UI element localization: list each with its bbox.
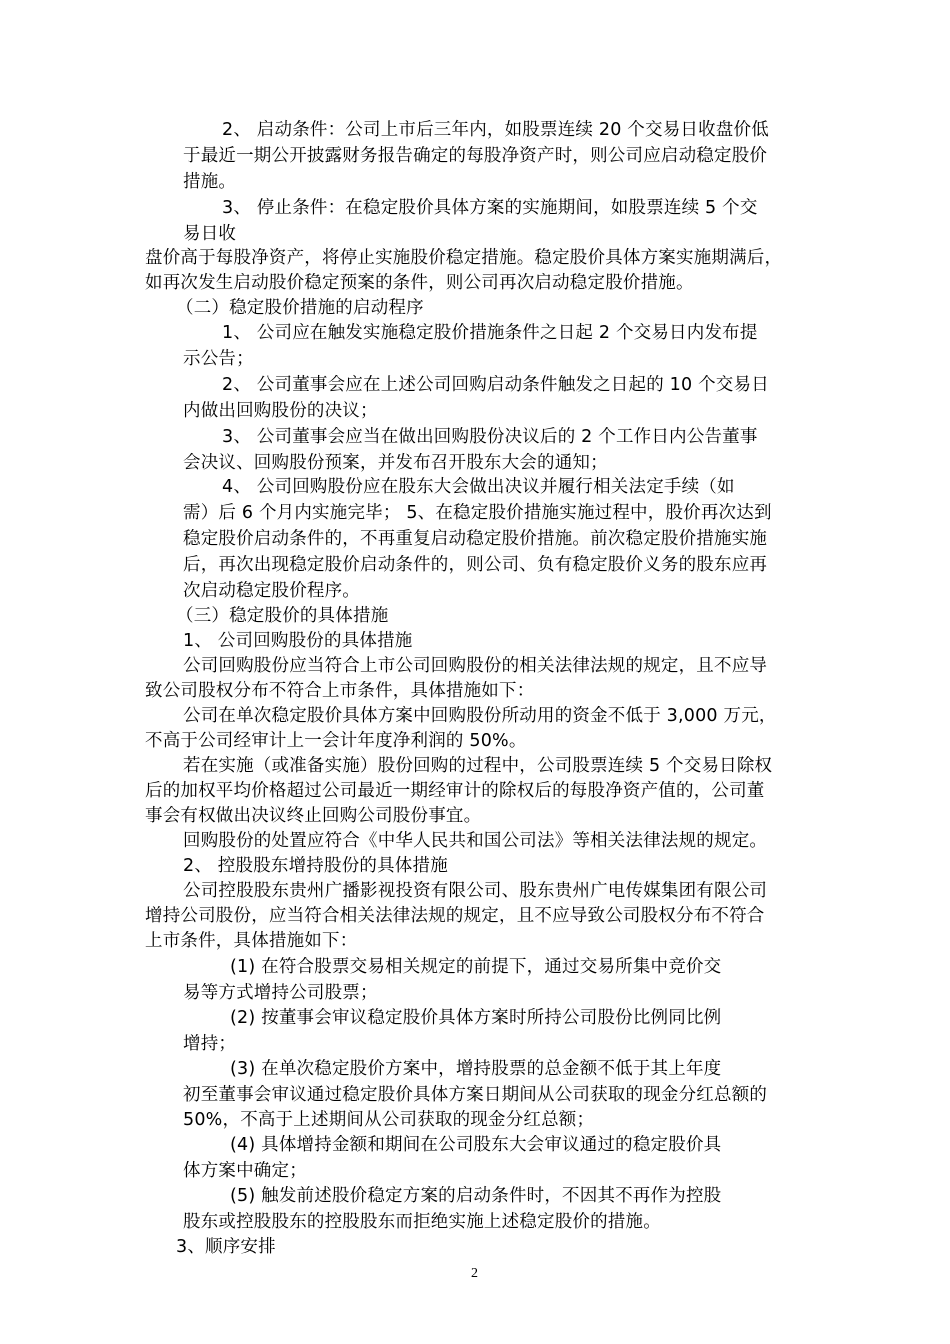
text-line: 后，再次出现稳定股价启动条件的，则公司、负有稳定股价义务的股东应再: [183, 552, 767, 578]
text-line: (3) 在单次稳定股价方案中，增持股票的总金额不低于其上年度: [230, 1056, 721, 1082]
text-line: 需）后 6 个月内实施完毕； 5、在稳定股价措施实施过程中，股价再次达到: [183, 500, 772, 526]
text-line: 公司回购股份应当符合上市公司回购股份的相关法律法规的规定，且不应导: [183, 653, 767, 679]
text-line: (4) 具体增持金额和期间在公司股东大会审议通过的稳定股价具: [230, 1132, 721, 1158]
text-line: （三）稳定股价的具体措施: [176, 603, 388, 629]
text-line: 措施。: [183, 169, 236, 195]
text-line: 1、 公司回购股份的具体措施: [183, 628, 413, 654]
text-line: 于最近一期公开披露财务报告确定的每股净资产时，则公司应启动稳定股价: [183, 143, 767, 169]
text-line: (2) 按董事会审议稳定股价具体方案时所持公司股份比例同比例: [230, 1005, 721, 1031]
text-line: 若在实施（或准备实施）股份回购的过程中，公司股票连续 5 个交易日除权: [183, 753, 772, 779]
text-line: 内做出回购股份的决议；: [183, 398, 378, 424]
text-line: 上市条件，具体措施如下：: [145, 928, 357, 954]
text-line: 易等方式增持公司股票；: [183, 980, 378, 1006]
text-line: 3、 公司董事会应当在做出回购股份决议后的 2 个工作日内公告董事: [222, 424, 758, 450]
text-line: 2、 控股股东增持股份的具体措施: [183, 853, 448, 879]
text-line: 不高于公司经审计上一会计年度净利润的 50%。: [145, 728, 527, 754]
text-line: 后的加权平均价格超过公司最近一期经审计的除权后的每股净资产值的，公司董: [145, 778, 765, 804]
text-line: 稳定股价启动条件的，不再重复启动稳定股价措施。前次稳定股价措施实施: [183, 526, 767, 552]
text-line: 会决议、回购股份预案，并发布召开股东大会的通知；: [183, 450, 608, 476]
text-line: 示公告；: [183, 346, 254, 372]
text-line: 致公司股权分布不符合上市条件，具体措施如下：: [145, 678, 534, 704]
text-line: 2、 启动条件：公司上市后三年内，如股票连续 20 个交易日收盘价低: [222, 117, 769, 143]
text-line: 易日收: [183, 221, 236, 247]
page-number: 2: [471, 1266, 478, 1282]
text-line: 公司控股股东贵州广播影视投资有限公司、股东贵州广电传媒集团有限公司: [183, 878, 767, 904]
text-line: （二）稳定股价措施的启动程序: [176, 295, 424, 321]
text-line: 增持公司股份，应当符合相关法律法规的规定，且不应导致公司股权分布不符合: [145, 903, 765, 929]
text-line: (5) 触发前述股价稳定方案的启动条件时，不因其不再作为控股: [230, 1183, 721, 1209]
text-line: 1、 公司应在触发实施稳定股价措施条件之日起 2 个交易日内发布提: [222, 320, 758, 346]
text-line: 股东或控股股东的控股股东而拒绝实施上述稳定股价的措施。: [183, 1209, 661, 1235]
text-line: 增持；: [183, 1031, 236, 1057]
text-line: 2、 公司董事会应在上述公司回购启动条件触发之日起的 10 个交易日: [222, 372, 769, 398]
text-line: 50%，不高于上述期间从公司获取的现金分红总额；: [183, 1107, 594, 1133]
document-page: 2、 启动条件：公司上市后三年内，如股票连续 20 个交易日收盘价低于最近一期公…: [0, 0, 950, 1344]
text-line: 回购股份的处置应符合《中华人民共和国公司法》等相关法律法规的规定。: [183, 828, 767, 854]
text-line: (1) 在符合股票交易相关规定的前提下，通过交易所集中竞价交: [230, 954, 721, 980]
text-line: 初至董事会审议通过稳定股价具体方案日期间从公司获取的现金分红总额的: [183, 1082, 767, 1108]
text-line: 3、 停止条件：在稳定股价具体方案的实施期间，如股票连续 5 个交: [222, 195, 758, 221]
text-line: 体方案中确定；: [183, 1158, 307, 1184]
text-line: 如再次发生启动股价稳定预案的条件，则公司再次启动稳定股价措施。: [145, 270, 694, 296]
text-line: 事会有权做出决议终止回购公司股份事宜。: [145, 803, 481, 829]
text-line: 公司在单次稳定股价具体方案中回购股份所动用的资金不低于 3,000 万元，: [183, 703, 777, 729]
text-line: 次启动稳定股价程序。: [183, 578, 360, 604]
text-line: 4、 公司回购股份应在股东大会做出决议并履行相关法定手续（如: [222, 474, 735, 500]
text-line: 3、顺序安排: [176, 1234, 276, 1260]
text-line: 盘价高于每股净资产，将停止实施股价稳定措施。稳定股价具体方案实施期满后，: [145, 245, 782, 271]
